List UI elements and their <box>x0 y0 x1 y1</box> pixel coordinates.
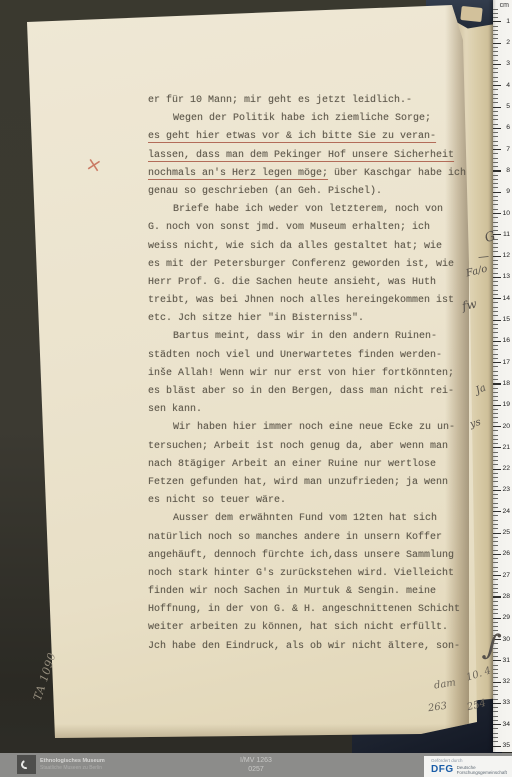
ruler-mm-tick <box>493 388 498 389</box>
letter-line: Ausser dem erwähnten Fund vom 12ten hat … <box>148 510 466 528</box>
ruler-cm-tick <box>493 192 501 193</box>
ruler-number: 35 <box>502 742 510 749</box>
ruler-mm-tick <box>493 51 498 52</box>
letter-line: Herr Prof. G. die Sachen heute ansieht, … <box>148 274 466 292</box>
ruler-mm-tick <box>493 358 498 359</box>
ruler-cm-tick <box>493 426 501 427</box>
ruler-mm-tick <box>493 315 498 316</box>
ruler-mm-tick <box>493 175 498 176</box>
ruler-mm-tick <box>493 111 498 112</box>
ruler-mm-tick <box>493 439 498 440</box>
edge-scribble: fw <box>461 297 478 314</box>
ruler-mm-tick <box>493 430 498 431</box>
letter-line: nochmals an's Herz legen möge; über Kasc… <box>148 165 466 183</box>
ruler-mm-tick <box>493 452 498 453</box>
letter-line: nach 8tägiger Arbeit an einer Ruine nur … <box>148 456 466 474</box>
ruler-mm-tick <box>493 443 498 444</box>
ruler-mm-tick <box>493 481 498 482</box>
ruler-cm-tick <box>493 490 501 491</box>
ruler-mm-tick <box>493 460 498 461</box>
ruler-mm-tick <box>493 209 498 210</box>
ruler-cm-tick <box>493 85 501 86</box>
ruler-cm-tick <box>493 554 501 555</box>
ruler-cm-tick <box>493 405 501 406</box>
letter-line: es nicht so teuer wäre. <box>148 492 466 510</box>
ruler-mm-tick <box>493 72 498 73</box>
ruler-mm-tick <box>493 247 498 248</box>
page-corner-tab <box>460 6 482 22</box>
letter-line: lassen, dass man dem Pekinger Hof unsere… <box>148 147 466 165</box>
ruler-number: 25 <box>502 529 510 536</box>
letter-line: treibt, was bei Jhnen noch alles hereing… <box>148 292 466 310</box>
ruler-cm-tick <box>493 298 501 299</box>
archival-scan-viewer: er für 10 Mann; mir geht es jetzt leidli… <box>0 0 512 777</box>
letter-line: er für 10 Mann; mir geht es jetzt leidli… <box>148 92 466 110</box>
ruler-mm-tick <box>493 737 498 738</box>
letter-line: es geht hier etwas vor & ich bitte Sie z… <box>148 128 466 146</box>
ruler-mm-tick <box>493 196 498 197</box>
ruler-mm-tick <box>493 699 498 700</box>
ruler-cm-tick <box>493 469 501 470</box>
ruler-cm-tick <box>493 320 501 321</box>
ruler-mm-tick <box>493 166 498 167</box>
ruler-mm-tick <box>493 728 498 729</box>
ruler-mm-tick <box>493 733 498 734</box>
ruler-mm-tick <box>493 294 498 295</box>
ruler-mm-tick <box>493 498 498 499</box>
edge-scribble: — <box>477 249 489 263</box>
ruler-cm-tick <box>493 746 501 747</box>
ruler-number: 22 <box>502 465 510 472</box>
ruler-number: 26 <box>502 550 510 557</box>
ruler-mm-tick <box>493 158 498 159</box>
ruler-mm-tick <box>493 34 498 35</box>
ruler-mm-tick <box>493 290 498 291</box>
ruler-mm-tick <box>493 567 498 568</box>
funded-by-label: Gefördert durch <box>431 758 512 763</box>
ruler-mm-tick <box>493 60 498 61</box>
letter-paper: er für 10 Mann; mir geht es jetzt leidli… <box>0 0 512 777</box>
ruler-mm-tick <box>493 366 498 367</box>
ruler-mm-tick <box>493 115 498 116</box>
dfg-logo: DFG <box>431 764 454 775</box>
ruler-mm-tick <box>493 141 498 142</box>
ruler-number: 34 <box>502 721 510 728</box>
ruler-number: 8 <box>506 167 510 174</box>
ruler-mm-tick <box>493 665 498 666</box>
ruler-number: 23 <box>502 486 510 493</box>
ruler-mm-tick <box>493 77 498 78</box>
ruler-number: 10 <box>502 210 510 217</box>
ruler-mm-tick <box>493 609 498 610</box>
ruler-mm-tick <box>493 601 498 602</box>
letter-line: weiter arbeiten zu können, hat sich nich… <box>148 619 466 637</box>
ruler-mm-tick <box>493 375 498 376</box>
ruler-mm-tick <box>493 47 498 48</box>
ruler-mm-tick <box>493 584 498 585</box>
ruler-number: 28 <box>502 593 510 600</box>
ruler-mm-tick <box>493 588 498 589</box>
ruler-mm-tick <box>493 690 498 691</box>
ruler-mm-tick <box>493 285 498 286</box>
ruler-mm-tick <box>493 677 498 678</box>
ruler-mm-tick <box>493 324 498 325</box>
ruler-cm-tick <box>493 511 501 512</box>
ruler-mm-tick <box>493 217 498 218</box>
ruler-mm-tick <box>493 456 498 457</box>
ruler-number: 30 <box>502 636 510 643</box>
ruler-mm-tick <box>493 17 498 18</box>
ruler-cm-tick <box>493 43 501 44</box>
ruler-mm-tick <box>493 528 498 529</box>
ruler-cm-tick <box>493 575 501 576</box>
ruler-mm-tick <box>493 707 498 708</box>
ruler-mm-tick <box>493 571 498 572</box>
ruler-mm-tick <box>493 222 498 223</box>
ruler-cm-tick <box>493 128 501 129</box>
ruler-mm-tick <box>493 354 498 355</box>
letter-line: städten noch viel und Unerwartetes finde… <box>148 347 466 365</box>
ruler-mm-tick <box>493 422 498 423</box>
ruler-mm-tick <box>493 273 498 274</box>
letter-line: angehäuft, dennoch fürchte ich,dass unse… <box>148 547 466 565</box>
letter-line: Jch habe den Eindruck, als ob wir nicht … <box>148 638 466 656</box>
ruler-mm-tick <box>493 337 498 338</box>
ruler-mm-tick <box>493 711 498 712</box>
ruler-mm-tick <box>493 204 498 205</box>
ruler-mm-tick <box>493 349 498 350</box>
letter-line: weiss nicht, wie sich da alles gestaltet… <box>148 238 466 256</box>
ruler-number: 6 <box>506 124 510 131</box>
letter-line: tersuchen; Arbeit ist noch genug da, abe… <box>148 438 466 456</box>
ruler-mm-tick <box>493 311 498 312</box>
ruler-mm-tick <box>493 515 498 516</box>
ruler-mm-tick <box>493 332 498 333</box>
ruler-cm-tick <box>493 596 501 597</box>
ruler-mm-tick <box>493 520 498 521</box>
ruler-cm-tick <box>493 447 501 448</box>
ruler-number: 2 <box>506 39 510 46</box>
ruler-number: 16 <box>502 337 510 344</box>
ruler-cm-tick <box>493 341 501 342</box>
dfg-logo-box: Gefördert durch DFG Deutsche Forschungsg… <box>424 756 512 777</box>
ruler-mm-tick <box>493 264 498 265</box>
ruler-mm-tick <box>493 494 498 495</box>
letter-line: noch stark hinter G's zurückstehen wird.… <box>148 565 466 583</box>
ruler-cm-tick <box>493 682 501 683</box>
letter-line: es bläst aber so in den Bergen, dass man… <box>148 383 466 401</box>
letter-line: inše Allah! Wenn wir nur erst von hier f… <box>148 365 466 383</box>
ruler-unit-label: cm <box>500 2 509 9</box>
ruler-number: 33 <box>502 699 510 706</box>
ruler-mm-tick <box>493 132 498 133</box>
ruler-cm-tick <box>493 107 501 108</box>
ruler-mm-tick <box>493 392 498 393</box>
ruler-mm-tick <box>493 400 498 401</box>
ruler-mm-tick <box>493 741 498 742</box>
letter-line: G. noch von sonst jmd. vom Museum erhalt… <box>148 219 466 237</box>
letter-text: er für 10 Mann; mir geht es jetzt leidli… <box>148 92 466 656</box>
ruler-mm-tick <box>493 550 498 551</box>
ruler-mm-tick <box>493 183 498 184</box>
ruler-mm-tick <box>493 81 498 82</box>
ruler-cm-tick <box>493 21 501 22</box>
letter-line: Hoffnung, in der von G. & H. angeschnitt… <box>148 601 466 619</box>
letter-line: etc. Jch sitze hier "in Bisterniss". <box>148 310 466 328</box>
letter-line: genau so geschrieben (an Geh. Pischel). <box>148 183 466 201</box>
ruler-number: 3 <box>506 60 510 67</box>
ruler-mm-tick <box>493 545 498 546</box>
letter-line: natürlich noch so manches andere in unse… <box>148 529 466 547</box>
letter-line: Wegen der Politik habe ich ziemliche Sor… <box>148 110 466 128</box>
ruler-number: 13 <box>502 273 510 280</box>
ruler-cm-tick <box>493 213 501 214</box>
ruler-mm-tick <box>493 716 498 717</box>
ruler-mm-tick <box>493 89 498 90</box>
ruler-mm-tick <box>493 503 498 504</box>
ruler-mm-tick <box>493 124 498 125</box>
ruler-mm-tick <box>493 68 498 69</box>
footer-bar: Ethnologisches Museum Staatliche Museen … <box>0 753 512 777</box>
ruler-mm-tick <box>493 396 498 397</box>
ruler-mm-tick <box>493 464 498 465</box>
ruler-number: 17 <box>502 359 510 366</box>
ruler-mm-tick <box>493 486 498 487</box>
ruler-mm-tick <box>493 473 498 474</box>
ruler-mm-tick <box>493 55 498 56</box>
ruler-number: 15 <box>502 316 510 323</box>
ruler-mm-tick <box>493 200 498 201</box>
ruler-mm-tick <box>493 119 498 120</box>
ruler-mm-tick <box>493 162 498 163</box>
ruler-mm-tick <box>493 579 498 580</box>
ruler-number: 24 <box>502 508 510 515</box>
ruler-mm-tick <box>493 673 498 674</box>
ruler-mm-tick <box>493 541 498 542</box>
ruler-number: 27 <box>502 572 510 579</box>
ruler-mm-tick <box>493 179 498 180</box>
ruler-mm-tick <box>493 226 498 227</box>
ruler-cm-tick <box>493 149 501 150</box>
ruler-mm-tick <box>493 686 498 687</box>
ruler-mm-tick <box>493 622 498 623</box>
ruler-number: 1 <box>506 18 510 25</box>
ruler-number: 4 <box>506 82 510 89</box>
ruler-number: 19 <box>502 401 510 408</box>
ruler-number: 12 <box>502 252 510 259</box>
ruler-mm-tick <box>493 605 498 606</box>
ruler-mm-tick <box>493 30 498 31</box>
ruler-cm-tick <box>493 277 501 278</box>
ruler-mm-tick <box>493 136 498 137</box>
letter-line: Fetzen gefunden hat, wird man unzufriede… <box>148 474 466 492</box>
ruler-mm-tick <box>493 371 498 372</box>
ruler-mm-tick <box>493 251 498 252</box>
ruler-cm-tick <box>493 383 501 384</box>
ruler-number: 11 <box>503 231 510 238</box>
ruler-mm-tick <box>493 38 498 39</box>
ruler-mm-tick <box>493 260 498 261</box>
ruler-mm-tick <box>493 98 498 99</box>
letter-line: Briefe habe ich weder von letzterem, noc… <box>148 201 466 219</box>
ruler-number: 7 <box>506 146 510 153</box>
ruler-mm-tick <box>493 562 498 563</box>
letter-line: finden wir noch Sachen in Murtuk & Sengi… <box>148 583 466 601</box>
dfg-full-name: Deutsche Forschungsgemeinschaft <box>457 765 507 775</box>
ruler-mm-tick <box>493 537 498 538</box>
ruler-mm-tick <box>493 477 498 478</box>
ruler-mm-tick <box>493 435 498 436</box>
ruler-mm-tick <box>493 102 498 103</box>
ruler-mm-tick <box>493 413 498 414</box>
ruler-cm-tick <box>493 618 501 619</box>
ruler-number: 32 <box>502 678 510 685</box>
ruler-cm-tick <box>493 703 501 704</box>
ruler-number: 9 <box>506 188 510 195</box>
ruler-mm-tick <box>493 558 498 559</box>
ruler-mm-tick <box>493 302 498 303</box>
ruler-cm-tick <box>493 533 501 534</box>
ruler-mm-tick <box>493 694 498 695</box>
ruler-mm-tick <box>493 328 498 329</box>
ruler-number: 29 <box>502 614 510 621</box>
ruler-cm-tick <box>493 362 501 363</box>
ruler-mm-tick <box>493 145 498 146</box>
letter-line: Bartus meint, dass wir in den andern Rui… <box>148 328 466 346</box>
letter-line: sen kann. <box>148 401 466 419</box>
ruler-mm-tick <box>493 187 498 188</box>
ruler-number: 21 <box>502 444 510 451</box>
ruler-number: 18 <box>502 380 510 387</box>
ruler-number: 20 <box>502 423 510 430</box>
ruler-cm-tick <box>493 256 501 257</box>
ruler-mm-tick <box>493 9 498 10</box>
ruler-mm-tick <box>493 720 498 721</box>
ruler-number: 31 <box>502 657 510 664</box>
ruler-mm-tick <box>493 417 498 418</box>
ruler-number: 5 <box>506 103 510 110</box>
ruler-mm-tick <box>493 592 498 593</box>
ruler-cm-tick <box>493 170 501 171</box>
ruler-mm-tick <box>493 379 498 380</box>
ruler-mm-tick <box>493 94 498 95</box>
letter-line: es mit der Petersburger Conferenz geword… <box>148 256 466 274</box>
ruler-mm-tick <box>493 613 498 614</box>
ruler-mm-tick <box>493 669 498 670</box>
ruler-mm-tick <box>493 26 498 27</box>
ruler-cm-tick <box>493 724 501 725</box>
ruler-mm-tick <box>493 268 498 269</box>
letter-line: Wir haben hier immer noch eine neue Ecke… <box>148 419 466 437</box>
ruler-mm-tick <box>493 307 498 308</box>
ruler-mm-tick <box>493 409 498 410</box>
ruler-mm-tick <box>493 153 498 154</box>
ruler-number: 14 <box>502 295 510 302</box>
ruler-mm-tick <box>493 345 498 346</box>
ruler-cm-tick <box>493 64 501 65</box>
ruler-mm-tick <box>493 524 498 525</box>
ruler-mm-tick <box>493 281 498 282</box>
ruler-mm-tick <box>493 13 498 14</box>
ruler-mm-tick <box>493 507 498 508</box>
